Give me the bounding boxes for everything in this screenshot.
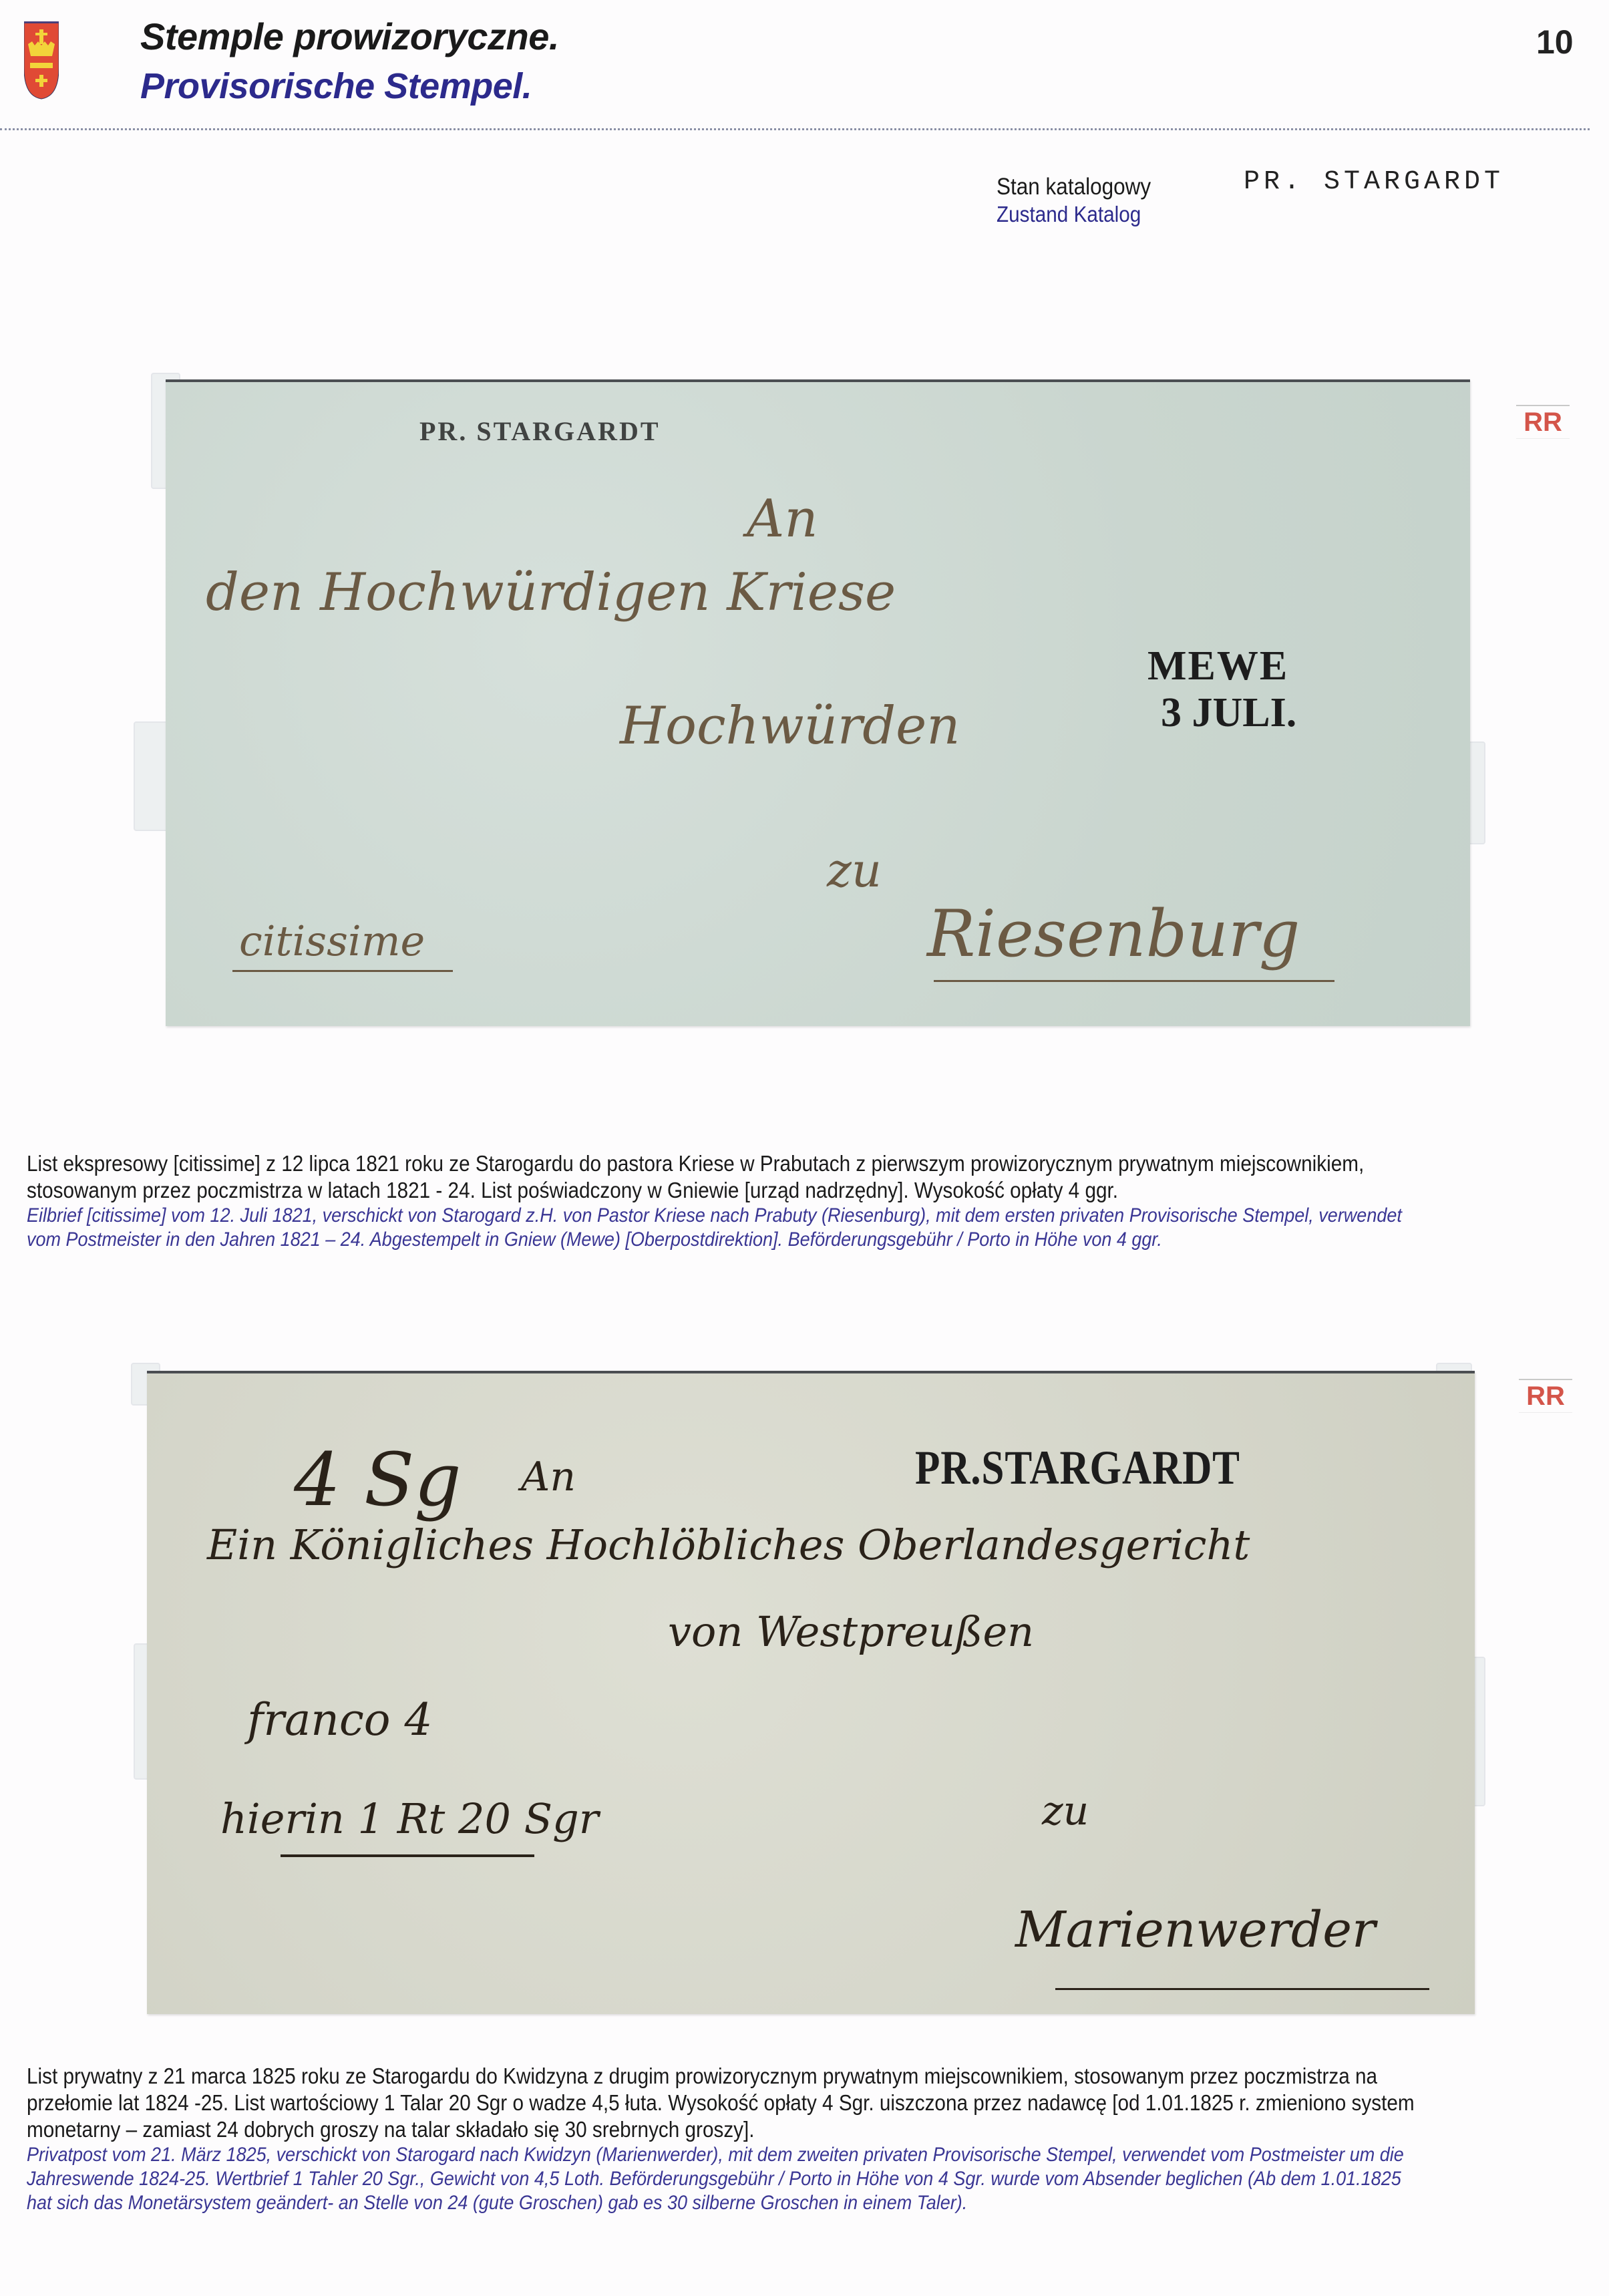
manuscript-citissime: citissime xyxy=(239,917,425,965)
value-underline xyxy=(281,1854,534,1857)
origin-postmark: PR.STARGARDT xyxy=(915,1440,1240,1496)
manuscript-destination: Marienwerder xyxy=(1015,1901,1375,1959)
caption-pl-line: stosowanym przez poczmistrza w latach 18… xyxy=(27,1177,1427,1204)
manuscript-an: An xyxy=(521,1454,576,1500)
caption-de-line: Privatpost vom 21. März 1825, verschickt… xyxy=(27,2143,1427,2167)
manuscript-an: An xyxy=(747,489,818,549)
rarity-badge: RR xyxy=(1516,405,1570,439)
page-number: 10 xyxy=(1536,23,1574,61)
manuscript-recipient: den Hochwürdigen Kriese xyxy=(206,562,896,623)
caption-de-line: Eilbrief [citissime] vom 12. Juli 1821, … xyxy=(27,1204,1427,1228)
manuscript-zu: zu xyxy=(827,843,882,898)
manuscript-destination: Riesenburg xyxy=(927,896,1300,971)
origin-postmark: PR. STARGARDT xyxy=(419,416,661,447)
caption-de-line: vom Postmeister in den Jahren 1821 – 24.… xyxy=(27,1228,1427,1252)
manuscript-rate: 4 Sg xyxy=(294,1437,462,1522)
manuscript-zu: zu xyxy=(1042,1788,1089,1834)
caption-pl-line: List ekspresowy [citissime] z 12 lipca 1… xyxy=(27,1150,1427,1177)
exhibit-2-caption: List prywatny z 21 marca 1825 roku ze St… xyxy=(27,2063,1427,2215)
manuscript-franco: franco 4 xyxy=(247,1694,433,1746)
arrival-postmark-date: 3 JULI. xyxy=(1161,689,1296,737)
catalog-state-label-polish: Stan katalogowy xyxy=(997,174,1151,200)
page-title-german: Provisorische Stempel. xyxy=(140,65,532,107)
header-divider xyxy=(0,128,1590,130)
exhibit-1-caption: List ekspresowy [citissime] z 12 lipca 1… xyxy=(27,1150,1427,1252)
rarity-badge: RR xyxy=(1519,1379,1572,1413)
catalog-state-label-german: Zustand Katalog xyxy=(997,202,1141,227)
caption-pl-line: przełomie lat 1824 -25. List wartościowy… xyxy=(27,2090,1427,2116)
caption-pl-line: monetarny – zamiast 24 dobrych groszy na… xyxy=(27,2116,1427,2143)
manuscript-region: von Westpreußen xyxy=(668,1607,1034,1656)
manuscript-recipient: Ein Königliches Hochlöbliches Oberlandes… xyxy=(207,1520,1250,1569)
catalog-stamp-reference: PR. STARGARDT xyxy=(1244,167,1504,197)
letter-cover-1825: PR.STARGARDT 4 Sg An Ein Königliches Hoc… xyxy=(147,1371,1475,2014)
destination-underline xyxy=(934,980,1334,982)
coat-of-arms-icon xyxy=(24,21,59,100)
destination-underline xyxy=(1055,1988,1429,1990)
manuscript-value: hierin 1 Rt 20 Sgr xyxy=(220,1794,598,1843)
caption-de-line: hat sich das Monetärsystem geändert- an … xyxy=(27,2191,1427,2215)
caption-de-line: Jahreswende 1824-25. Wertbrief 1 Tahler … xyxy=(27,2167,1427,2191)
caption-pl-line: List prywatny z 21 marca 1825 roku ze St… xyxy=(27,2063,1427,2090)
arrival-postmark-town: MEWE xyxy=(1147,643,1288,690)
letter-cover-1821: PR. STARGARDT MEWE 3 JULI. An den Hochwü… xyxy=(166,379,1470,1026)
manuscript-title: Hochwürden xyxy=(620,696,960,756)
citissime-underline xyxy=(232,970,453,972)
page-title-polish: Stemple prowizoryczne. xyxy=(140,15,559,58)
